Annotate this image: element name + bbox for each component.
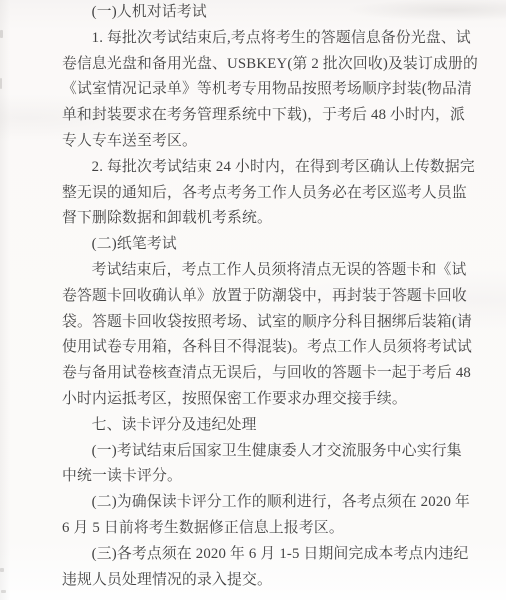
text-line: (一)人机对话考试	[92, 0, 506, 26]
text-line: 小时内运抵考区，按照保密工作要求办理交接手续。	[62, 387, 506, 413]
text-line: 整无误的通知后，各考点考务工作人员务必在考区巡考人员监	[62, 181, 506, 207]
text-line: 中统一读卡评分。	[62, 464, 506, 490]
text-line: 使用试卷专用箱，各科目不得混装)。考点工作人员须将考试试	[62, 335, 506, 361]
text-line: 卷答题卡回收确认单》放置于防潮袋中，再封装于答题卡回收	[62, 284, 506, 310]
document-page: (一)人机对话考试1. 每批次考试结束后,考点将考生的答题信息备份光盘、试卷信息…	[0, 0, 506, 600]
text-line: 督下删除数据和卸载机考系统。	[62, 206, 506, 232]
text-line: 袋。答题卡回收袋按照考场、试室的顺序分科目捆绑后装箱(请	[62, 310, 506, 336]
text-line: 卷与备用试卷核查清点无误后，与回收的答题卡一起于考后 48	[62, 361, 506, 387]
text-line: 单和封装要求在考务管理系统中下载)，于考后 48 小时内，派	[62, 103, 506, 129]
text-line: 卷信息光盘和备用光盘、USBKEY(第 2 批次回收)及装订成册的	[62, 52, 506, 78]
document-body: (一)人机对话考试1. 每批次考试结束后,考点将考生的答题信息备份光盘、试卷信息…	[62, 0, 506, 593]
text-line: 考试结束后，考点工作人员须将清点无误的答题卡和《试	[92, 258, 506, 284]
text-line: 《试室情况记录单》等机考专用物品按照考场顺序封装(物品清	[62, 77, 506, 103]
text-line: (二)纸笔考试	[92, 232, 506, 258]
text-line: 专人专车送至考区。	[62, 129, 506, 155]
scan-artifact	[0, 568, 4, 572]
text-line: (一)考试结束后国家卫生健康委人才交流服务中心实行集	[92, 439, 506, 465]
text-line: 七、读卡评分及违纪处理	[92, 413, 506, 439]
text-line: 1. 每批次考试结束后,考点将考生的答题信息备份光盘、试	[92, 26, 506, 52]
text-line: 违规人员处理情况的录入提交。	[62, 568, 506, 594]
text-line: (三)各考点须在 2020 年 6 月 1-5 日期间完成本考点内违纪	[92, 542, 506, 568]
scan-artifact	[0, 30, 3, 38]
scan-artifact	[0, 78, 2, 89]
text-line: 6 月 5 日前将考生数据修正信息上报考区。	[62, 516, 506, 542]
text-line: (二)为确保读卡评分工作的顺利进行，各考点须在 2020 年	[92, 490, 506, 516]
text-line: 2. 每批次考试结束 24 小时内，在得到考区确认上传数据完	[92, 155, 506, 181]
scan-artifact	[1, 590, 6, 593]
